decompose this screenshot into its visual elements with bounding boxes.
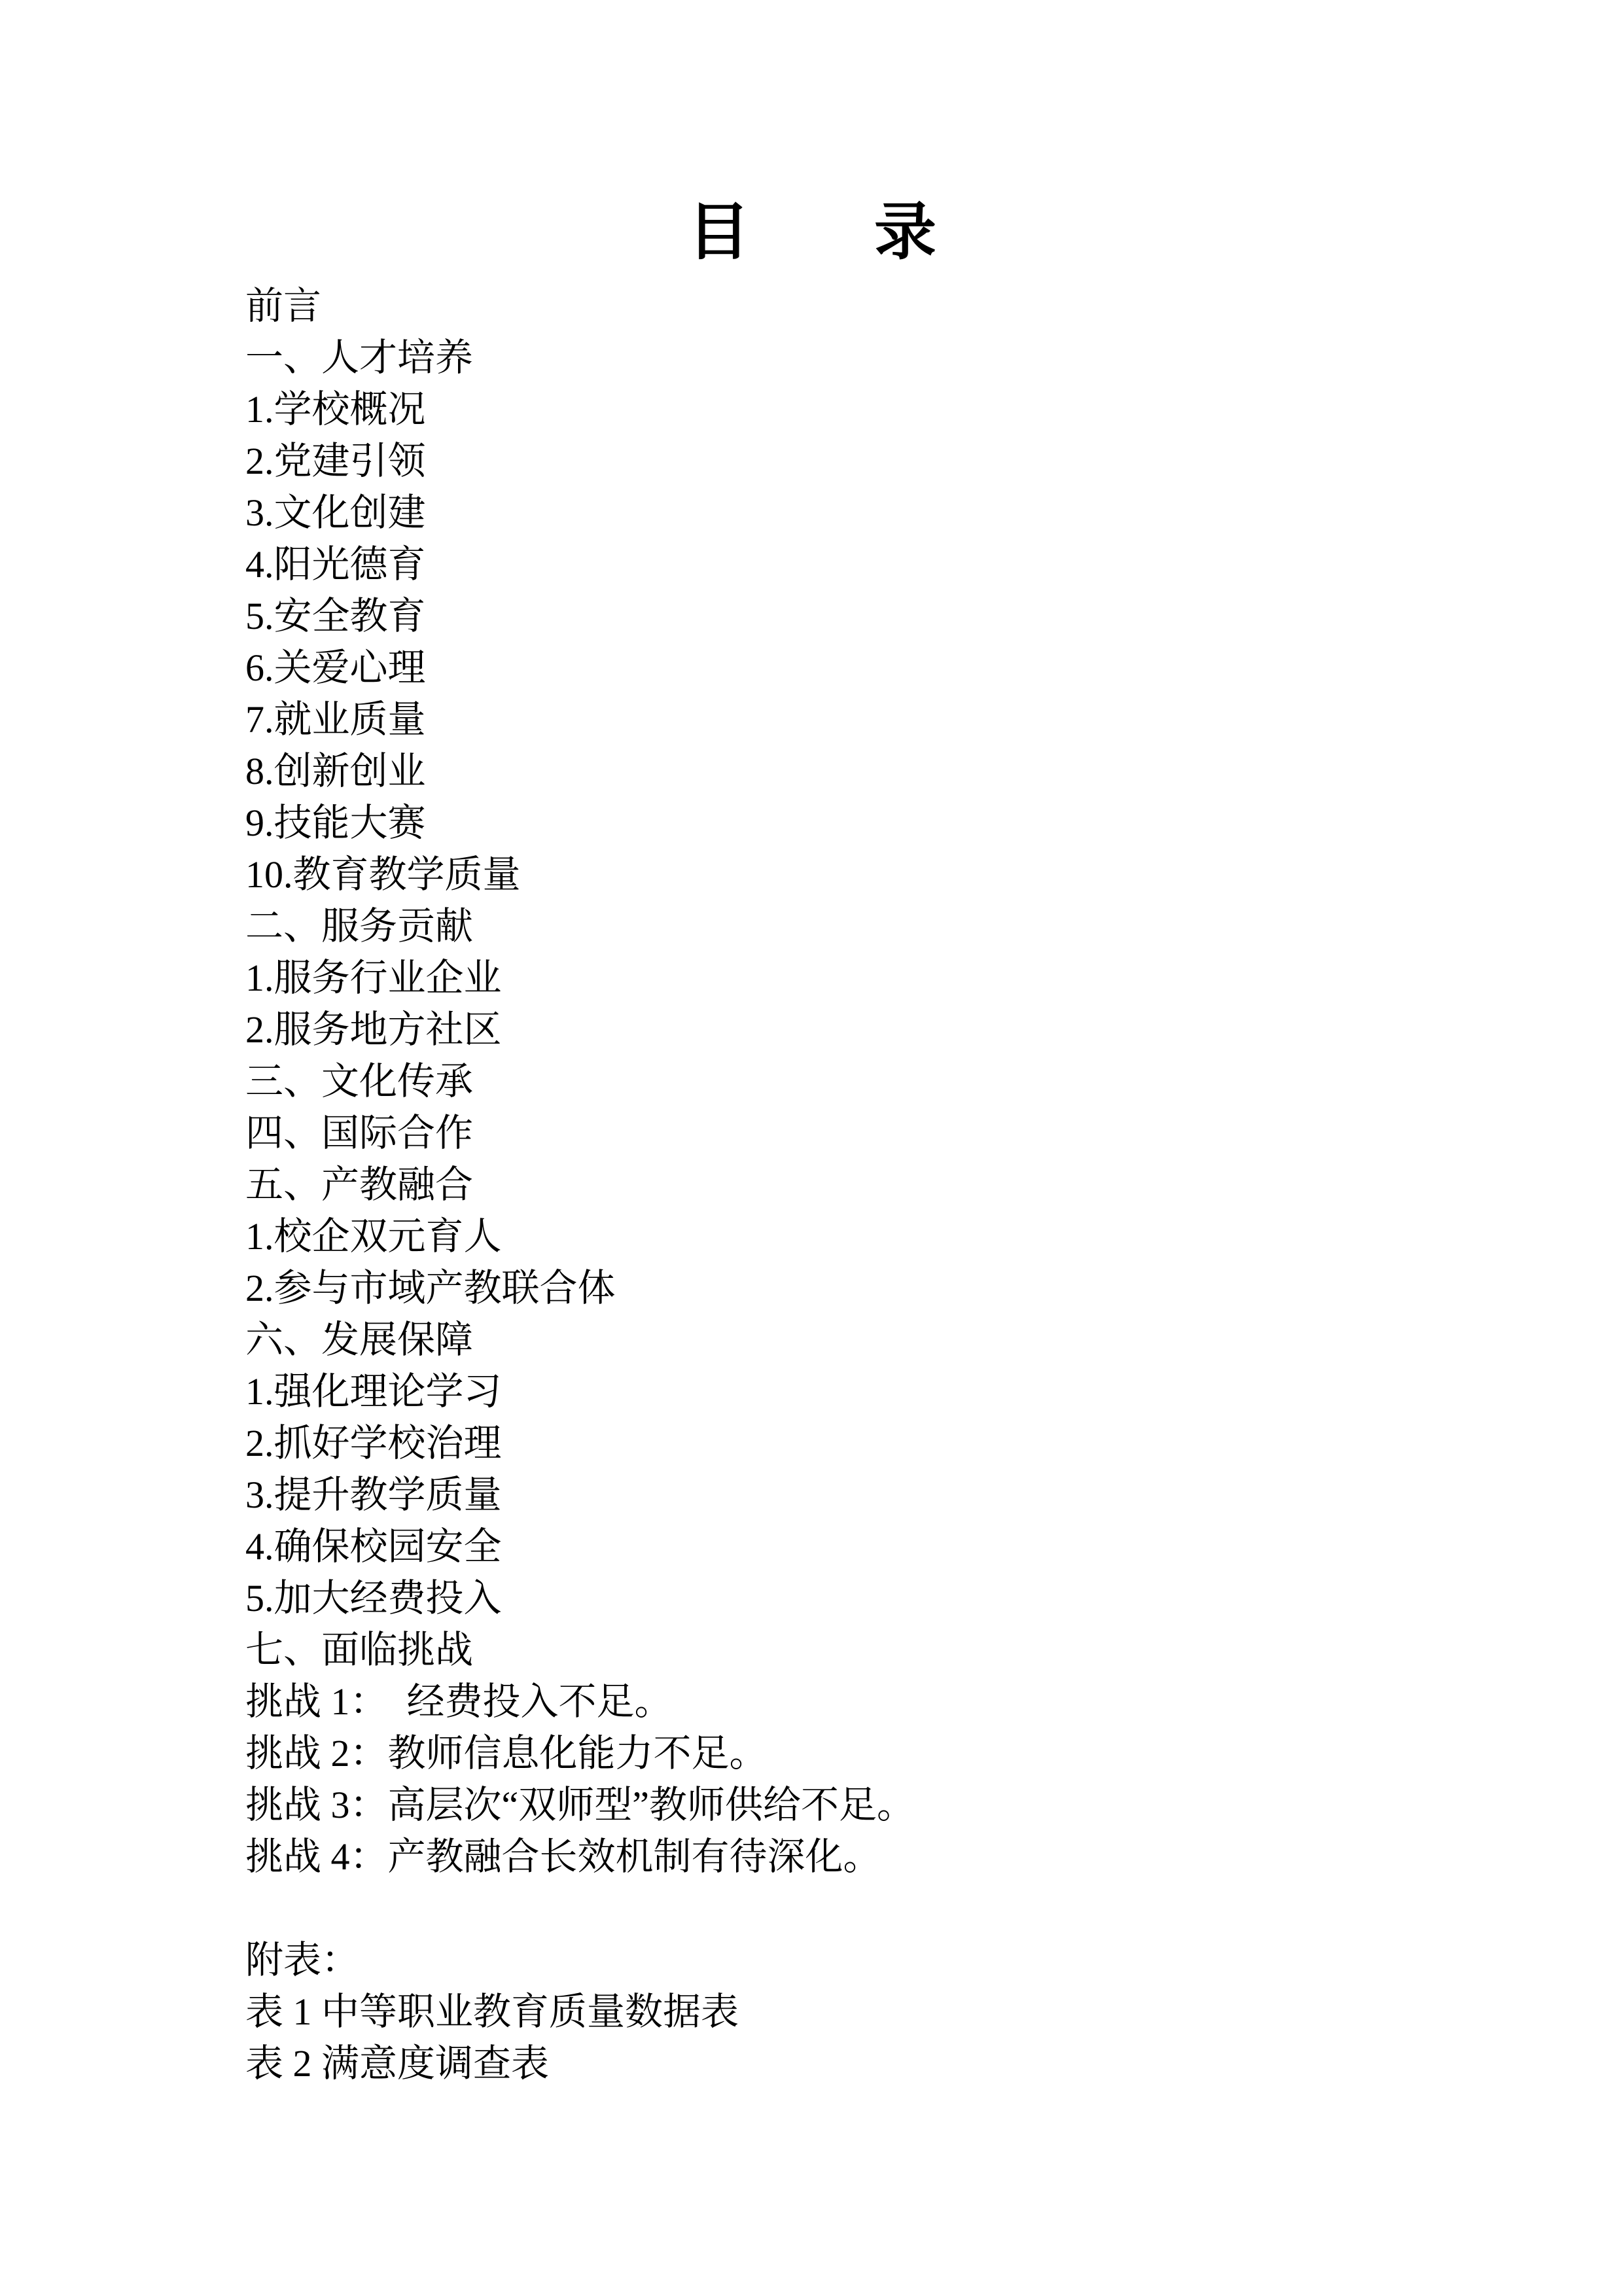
toc-entry-challenge: 挑战 3：高层次“双师型”教师供给不足。 xyxy=(245,1779,1526,1831)
toc-entry: 7.就业质量 xyxy=(245,694,1526,745)
toc-entry: 二、服务贡献 xyxy=(245,900,1526,952)
page-title: 目 录 xyxy=(0,196,1624,268)
toc-entry: 4.确保校园安全 xyxy=(245,1521,1526,1572)
toc-entry: 5.加大经费投入 xyxy=(245,1572,1526,1624)
toc-entry: 1.强化理论学习 xyxy=(245,1366,1526,1417)
toc-entry: 3.文化创建 xyxy=(245,487,1526,539)
toc-entry-challenge: 挑战 2：教师信息化能力不足。 xyxy=(245,1727,1526,1779)
toc-entry: 2.抓好学校治理 xyxy=(245,1417,1526,1469)
toc-entry: 9.技能大赛 xyxy=(245,797,1526,849)
toc-entry: 一、人才培养 xyxy=(245,332,1526,383)
toc-entry-challenge: 挑战 1： 经费投入不足。 xyxy=(245,1676,1526,1727)
toc-entry: 2.党建引领 xyxy=(245,435,1526,487)
toc-entry: 10.教育教学质量 xyxy=(245,849,1526,900)
appendix-item: 表 1 中等职业教育质量数据表 xyxy=(245,1986,1526,2038)
toc-entry: 8.创新创业 xyxy=(245,745,1526,797)
document-page: 目 录 前言 一、人才培养 1.学校概况 2.党建引领 3.文化创建 4.阳光德… xyxy=(0,0,1624,2296)
table-of-contents: 前言 一、人才培养 1.学校概况 2.党建引领 3.文化创建 4.阳光德育 5.… xyxy=(245,280,1526,2089)
toc-entry: 六、发展保障 xyxy=(245,1314,1526,1366)
toc-entry: 3.提升教学质量 xyxy=(245,1469,1526,1521)
toc-entry: 三、文化传承 xyxy=(245,1055,1526,1107)
toc-entry: 1.学校概况 xyxy=(245,383,1526,435)
toc-entry: 4.阳光德育 xyxy=(245,539,1526,590)
toc-entry: 1.服务行业企业 xyxy=(245,952,1526,1004)
toc-entry: 5.安全教育 xyxy=(245,590,1526,642)
toc-entry: 五、产教融合 xyxy=(245,1159,1526,1210)
toc-entry: 2.服务地方社区 xyxy=(245,1004,1526,1055)
toc-entry: 2.参与市域产教联合体 xyxy=(245,1262,1526,1314)
toc-entry: 1.校企双元育人 xyxy=(245,1210,1526,1262)
toc-entry-challenge: 挑战 4：产教融合长效机制有待深化。 xyxy=(245,1831,1526,1882)
toc-entry: 6.关爱心理 xyxy=(245,642,1526,694)
appendix-item: 表 2 满意度调查表 xyxy=(245,2038,1526,2089)
appendix-heading: 附表： xyxy=(245,1934,1526,1986)
toc-entry: 前言 xyxy=(245,280,1526,332)
toc-entry: 七、面临挑战 xyxy=(245,1624,1526,1676)
toc-entry: 四、国际合作 xyxy=(245,1107,1526,1159)
